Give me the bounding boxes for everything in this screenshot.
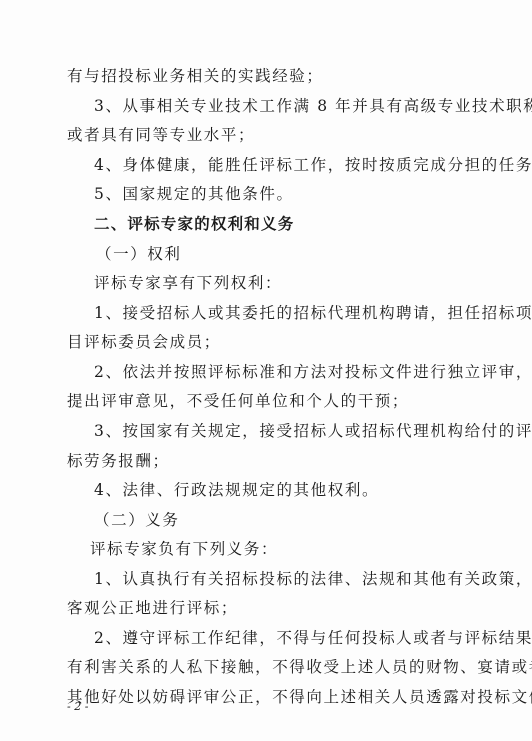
text-line: 评标专家负有下列义务：	[90, 539, 278, 559]
text-line: （一）权利	[96, 244, 182, 264]
section-heading: 二、评标专家的权利和义务	[94, 214, 294, 234]
text-line: 1、认真执行有关招标投标的法律、法规和其他有关政策，	[94, 569, 532, 589]
text-line: 3、从事相关专业技术工作满 8 年并具有高级专业技术职称	[94, 96, 532, 116]
text-line: 提出评审意见，不受任何单位和个人的干预；	[67, 391, 409, 411]
text-line: 标劳务报酬；	[67, 451, 170, 471]
text-line: 或者具有同等专业水平；	[67, 125, 255, 145]
text-line: 评标专家享有下列权利：	[94, 273, 282, 293]
text-line: 目评标委员会成员；	[67, 332, 221, 352]
text-line: 其他好处以妨碍评审公正，不得向上述相关人员透露对投标文件	[67, 687, 532, 707]
text-line: 4、法律、行政法规规定的其他权利。	[94, 480, 379, 500]
page-number: - 2 -	[67, 700, 88, 713]
text-line: 有与招投标业务相关的实践经验；	[67, 66, 324, 86]
text-line: （二）义务	[94, 510, 180, 530]
text-line: 2、依法并按照评标标准和方法对投标文件进行独立评审，	[94, 362, 532, 382]
text-line: 3、按国家有关规定，接受招标人或招标代理机构给付的评	[94, 421, 532, 441]
text-line: 1、接受招标人或其委托的招标代理机构聘请，担任招标项	[94, 303, 532, 323]
text-line: 2、遵守评标工作纪律，不得与任何投标人或者与评标结果	[94, 628, 532, 648]
text-line: 有利害关系的人私下接触，不得收受上述人员的财物、宴请或者	[67, 657, 532, 677]
text-line: 4、身体健康，能胜任评标工作，按时按质完成分担的任务。	[94, 155, 532, 175]
text-line: 5、国家规定的其他条件。	[94, 184, 294, 204]
text-line: 客观公正地进行评标；	[67, 598, 238, 618]
